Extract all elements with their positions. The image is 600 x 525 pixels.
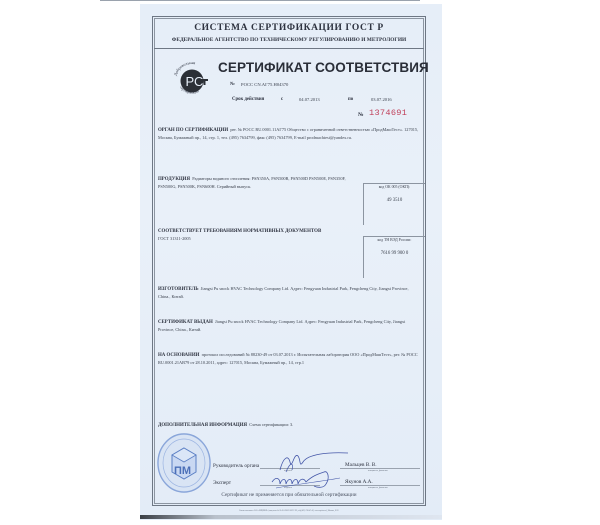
valid-from-date: 04.07.2013 <box>299 97 320 102</box>
manufacturer-label: ИЗГОТОВИТЕЛЬ <box>158 287 199 292</box>
head-label: Руководитель органа <box>213 463 259 469</box>
expert-name-caption: инициалы, фамилия <box>368 487 388 489</box>
scan-bottom-edge <box>140 515 442 519</box>
okp-code-label: код ОК 005 (ОКП): <box>364 185 425 189</box>
reg-number-label: № <box>230 82 235 87</box>
section-organ: ОРГАН ПО СЕРТИФИКАЦИИ рег. № РОСС RU.000… <box>158 126 420 141</box>
certification-system-title: СИСТЕМА СЕРТИФИКАЦИИ ГОСТ Р <box>154 23 424 33</box>
valid-to-label: по <box>348 97 353 102</box>
blank-serial-number: 1374691 <box>369 108 407 118</box>
section-conforms: СООТВЕТСТВУЕТ ТРЕБОВАНИЯМ НОРМАТИВНЫХ ДО… <box>158 227 363 242</box>
expert-label: Эксперт <box>213 480 231 486</box>
handwritten-signatures <box>268 448 358 493</box>
certificate-title: СЕРТИФИКАТ СООТВЕТСТВИЯ <box>218 60 429 75</box>
valid-to-date: 03.07.2016 <box>371 97 392 102</box>
additional-text: Схема сертификации: 3. <box>249 422 293 427</box>
section-basis: НА ОСНОВАНИИ протокол исследований № 882… <box>158 351 420 366</box>
seal-stamp-icon: ПМ <box>156 432 212 494</box>
okp-code-box: код ОК 005 (ОКП): 49 3510 <box>363 183 425 225</box>
section-issued-to: СЕРТИФИКАТ ВЫДАН Jiangsi Pu snock HVAC T… <box>158 318 420 333</box>
conforms-text: ГОСТ 31311-2005 <box>158 236 191 241</box>
header-divider <box>154 48 424 49</box>
okp-box-top-line <box>363 183 425 184</box>
blank-print-info: Бланк изготовлен ЗАО «ОПЦИОН» (лицензия … <box>154 510 424 512</box>
tnved-code-value: 7616 99 900 0 <box>364 251 425 256</box>
scan-edge-line <box>100 0 420 1</box>
tnved-box-top-line <box>363 236 425 237</box>
issued-to-label: СЕРТИФИКАТ ВЫДАН <box>158 320 213 325</box>
reg-number: РОСС CN.АГ75.Н04370 <box>241 82 288 87</box>
additional-label: ДОПОЛНИТЕЛЬНАЯ ИНФОРМАЦИЯ <box>158 423 247 428</box>
rst-mark-icon: Добровольная РС сертификация <box>170 58 214 102</box>
tnved-code-label: код ТН ВЭД России: <box>364 238 425 242</box>
section-product: ПРОДУКЦИЯ Радиаторы водяного отопления: … <box>158 175 363 190</box>
svg-text:РС: РС <box>186 74 204 89</box>
valid-from-label: с <box>281 97 283 102</box>
basis-label: НА ОСНОВАНИИ <box>158 353 199 358</box>
agency-name: ФЕДЕРАЛЬНОЕ АГЕНТСТВО ПО ТЕХНИЧЕСКОМУ РЕ… <box>154 37 424 43</box>
head-name-caption: инициалы, фамилия <box>368 470 388 472</box>
voluntary-only-note: Сертификат не применяется при обязательн… <box>154 492 424 498</box>
svg-text:ПМ: ПМ <box>174 465 191 477</box>
validity-label: Срок действия <box>232 97 264 102</box>
organ-label: ОРГАН ПО СЕРТИФИКАЦИИ <box>158 128 228 133</box>
conforms-label: СООТВЕТСТВУЕТ ТРЕБОВАНИЯМ НОРМАТИВНЫХ ДО… <box>158 229 321 234</box>
section-additional: ДОПОЛНИТЕЛЬНАЯ ИНФОРМАЦИЯ Схема сертифик… <box>158 421 420 429</box>
blank-number-label: № <box>358 112 364 118</box>
section-manufacturer: ИЗГОТОВИТЕЛЬ Jiangsi Pu snock HVAC Techn… <box>158 285 420 300</box>
product-label: ПРОДУКЦИЯ <box>158 177 190 182</box>
tnved-code-box: код ТН ВЭД России: 7616 99 900 0 <box>363 236 425 278</box>
okp-code-value: 49 3510 <box>364 198 425 203</box>
